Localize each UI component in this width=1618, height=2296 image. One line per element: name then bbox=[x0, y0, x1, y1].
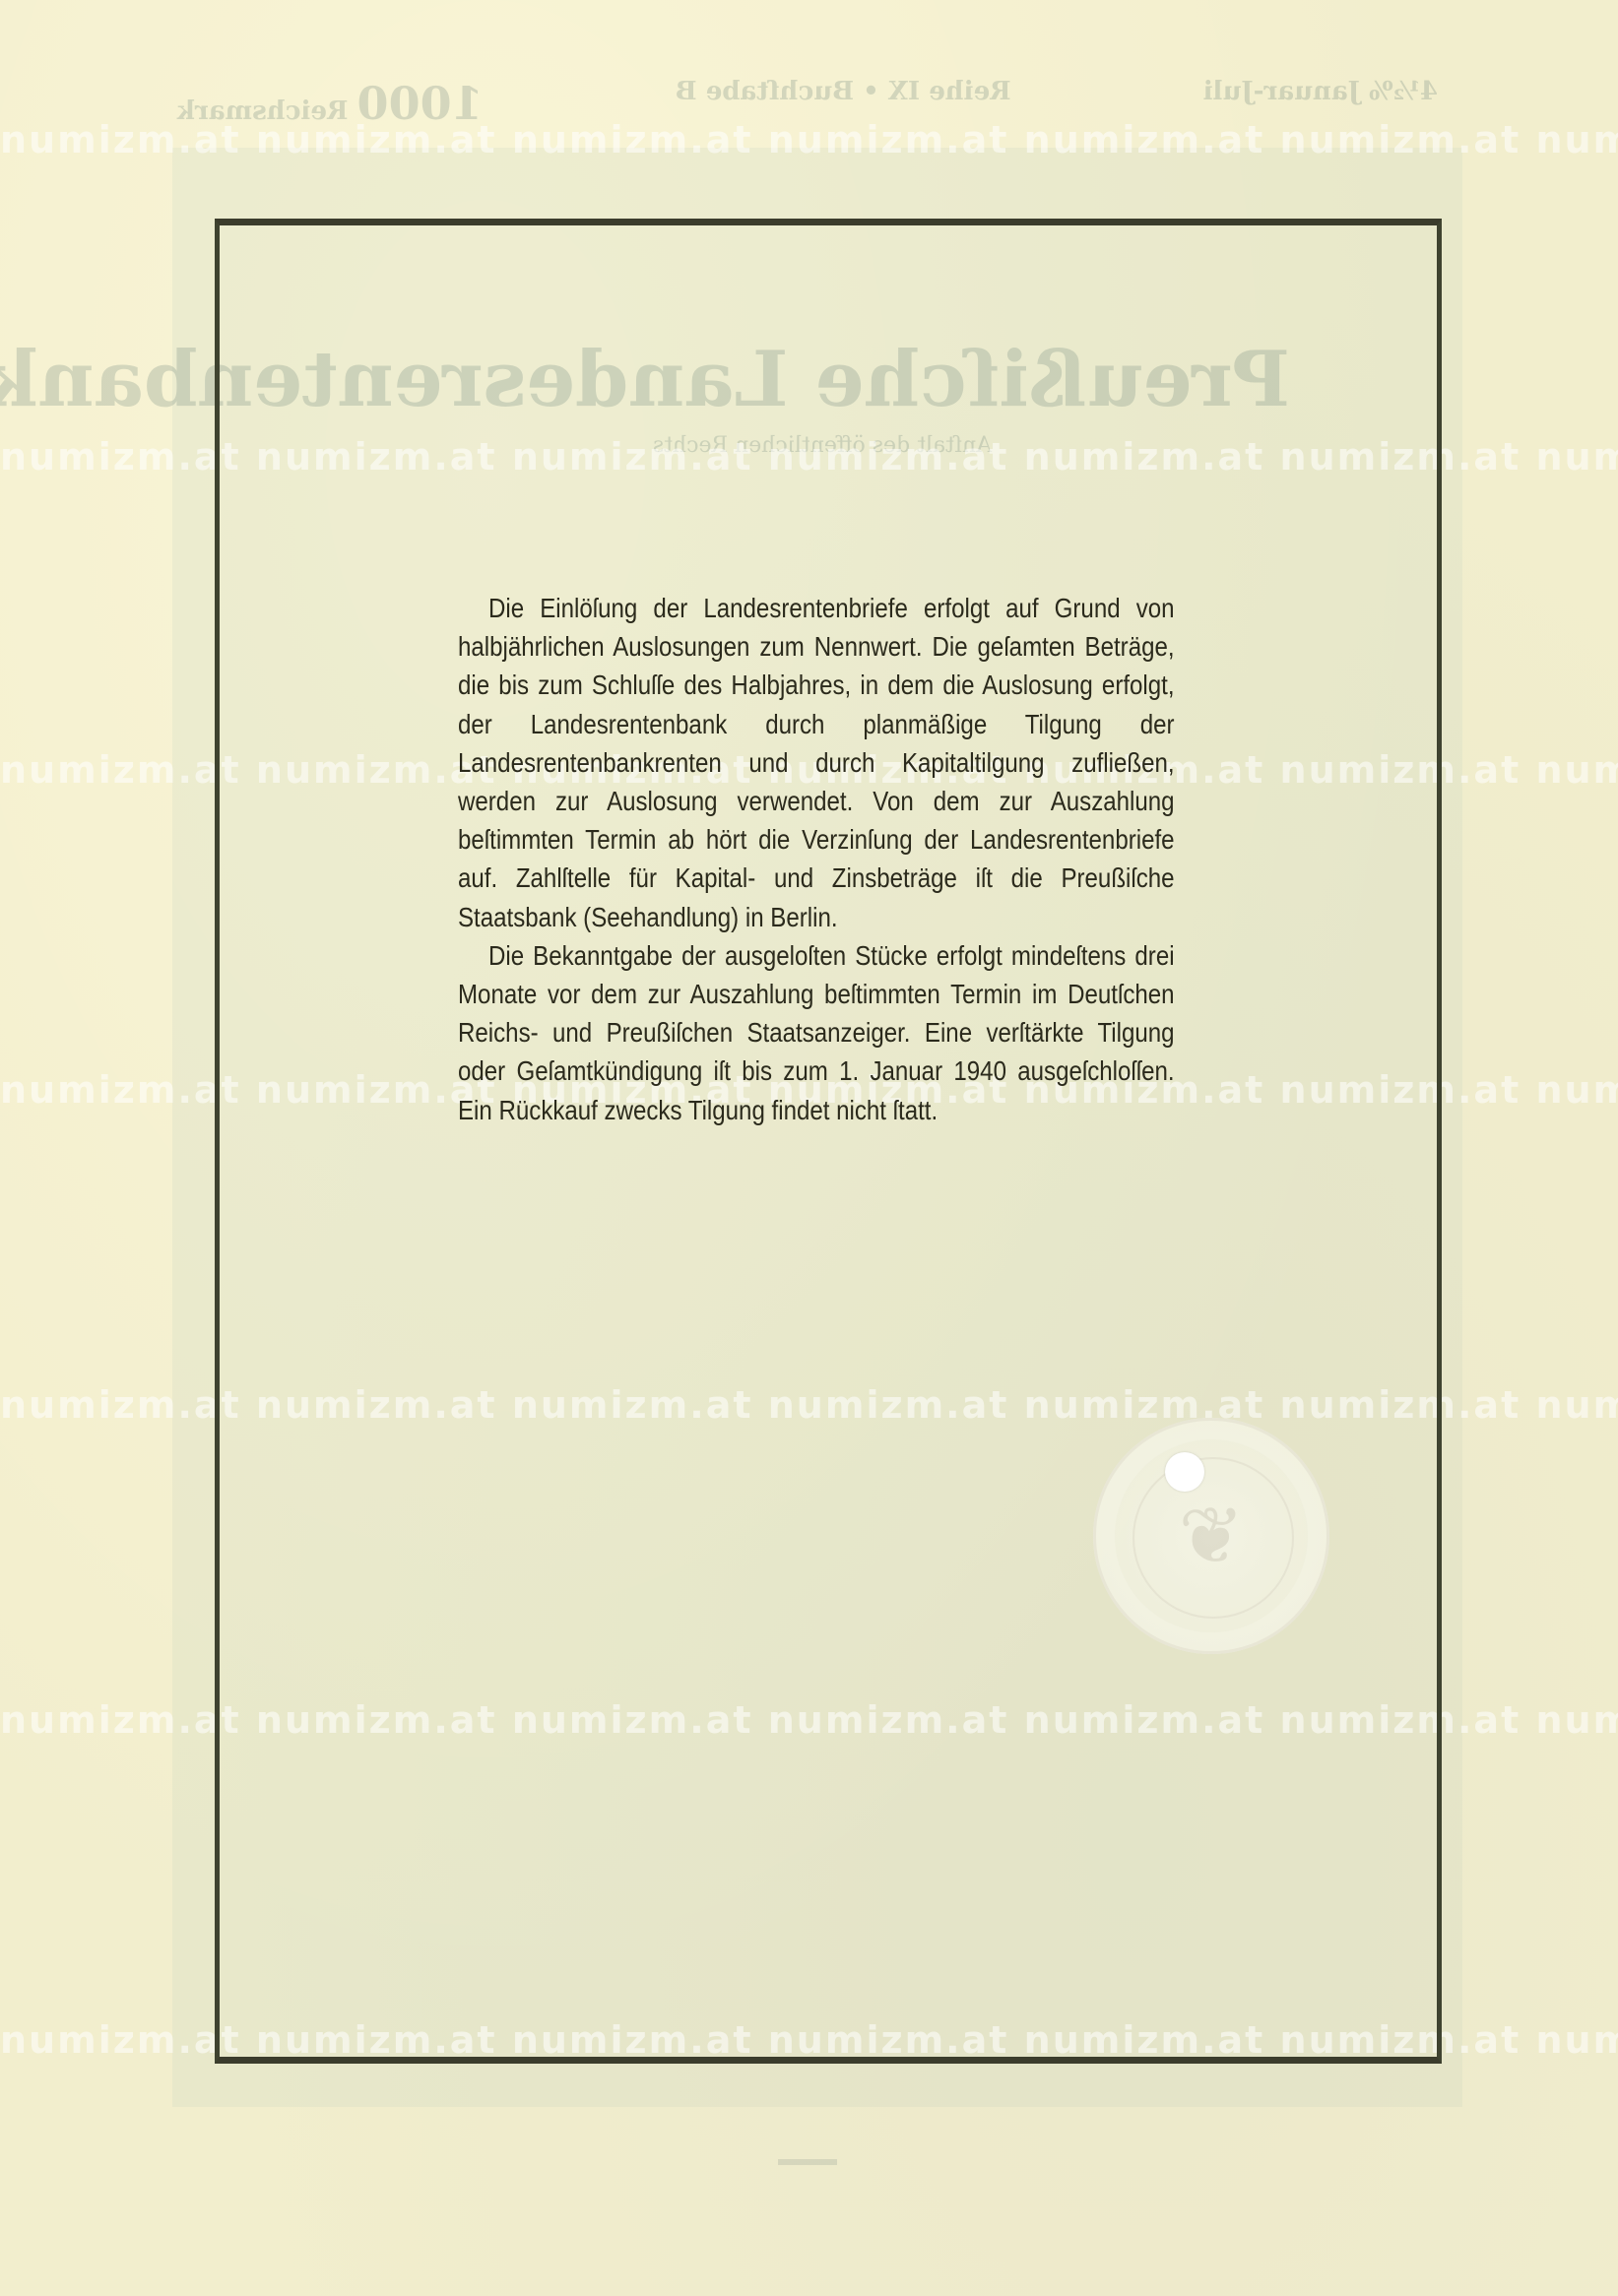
eagle-emblem-icon: ❦ bbox=[1178, 1491, 1244, 1582]
printer-mark bbox=[778, 2159, 837, 2165]
watermark-row: numizm.at numizm.at numizm.at numizm.at … bbox=[0, 118, 1618, 161]
embossed-seal: ❦ bbox=[1093, 1418, 1329, 1654]
paragraph-announcement: Die Bekanntgabe der ausgeloſten Stücke e… bbox=[458, 936, 1175, 1129]
paragraph-redemption: Die Einlöſung der Landesrentenbriefe erf… bbox=[458, 589, 1175, 936]
document-frame bbox=[215, 219, 1442, 2064]
punch-hole bbox=[1165, 1452, 1204, 1492]
redemption-terms-text: Die Einlöſung der Landesrentenbriefe erf… bbox=[458, 589, 1175, 1129]
